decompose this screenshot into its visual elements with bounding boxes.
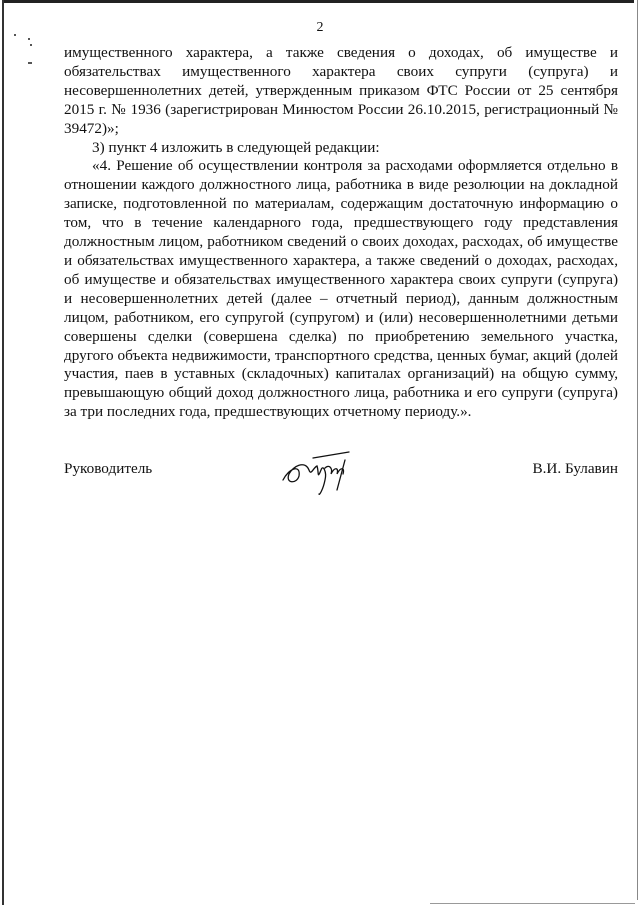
scan-speck [30, 44, 32, 46]
handwritten-signature-icon [279, 450, 369, 500]
paragraph-item-3: 3) пункт 4 изложить в следующей редакции… [64, 139, 618, 158]
paragraph-clause-4: «4. Решение об осуществлении контроля за… [64, 157, 618, 422]
scan-border-bottom [430, 903, 635, 904]
scan-border-left [2, 0, 4, 905]
document-body: имущественного характера, а также сведен… [64, 44, 618, 422]
paragraph-continuation: имущественного характера, а также сведен… [64, 44, 618, 139]
scan-border-right [637, 0, 638, 900]
scan-speck [28, 38, 30, 40]
page-number: 2 [0, 20, 640, 36]
signer-name: В.И. Булавин [532, 460, 618, 478]
signature-block: Руководитель В.И. Булавин [64, 458, 618, 528]
signer-role: Руководитель [64, 460, 152, 478]
scan-speck [28, 62, 32, 64]
scan-border-top [2, 0, 634, 3]
